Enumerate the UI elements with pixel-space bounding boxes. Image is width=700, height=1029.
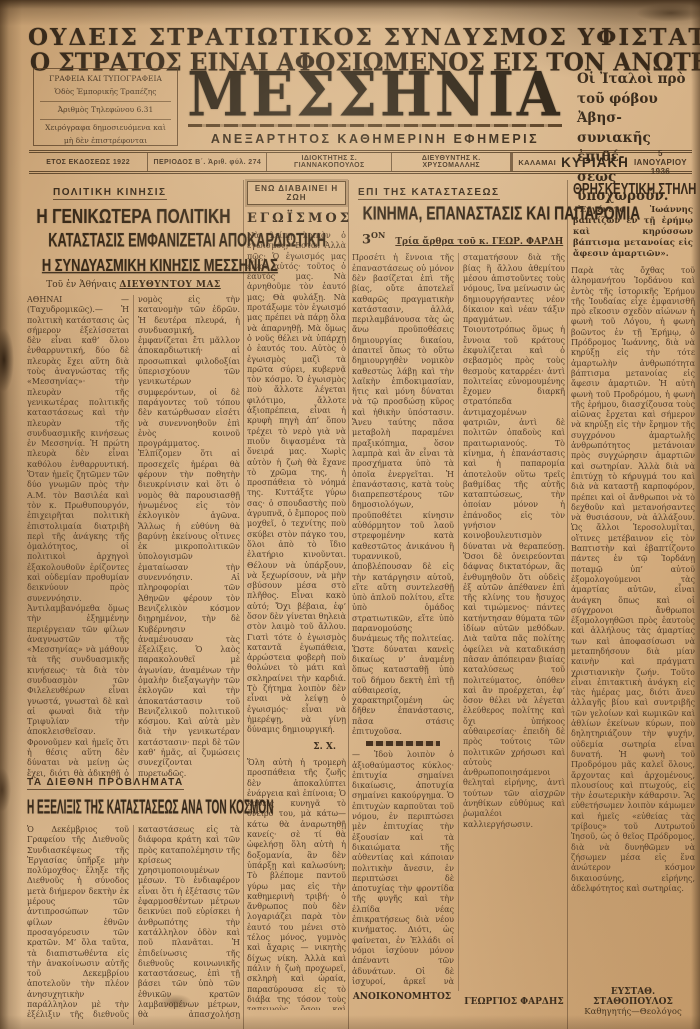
office-box-phone: Ἀριθμὸς Τηλεφώνου 6.31	[34, 104, 177, 117]
signature-georgios-fardis: ΓΕΩΡΓΙΟΣ ΦΑΡΔΗΣ	[463, 997, 565, 1007]
dateline-day: ΚΥΡΙΑΚΗ	[561, 155, 629, 170]
article-kinima-kicker: ΕΠΙ ΤΗΣ ΚΑΤΑΣΤΑΣΕΩΣ	[358, 187, 500, 200]
egoismos-body: Νὰ λείπῃ λοιπὸν ὁ ἐγωισμός; Ἔστω. Ἀλλὰ π…	[247, 231, 346, 739]
ink-stain	[636, 4, 700, 22]
article-political-headline-line1: Η ΓΕΝΙΚΩΤΕΡΑ ΠΟΛΙΤΙΚΗ	[36, 205, 232, 229]
byline-strong: ΔΙΕΥΘΥΝΤΟΥ ΜΑΣ	[119, 280, 220, 290]
newspaper-title: ΜΕΣΣΗΝΙΑ	[182, 64, 568, 125]
masthead-rule	[188, 124, 562, 127]
religious-signature: ΕΥΣΤΑΘ. ΣΤΑΘΟΠΟΥΛΟΣ	[571, 987, 695, 1007]
masthead-info-bar: ΕΤΟΣ ΕΚΔΟΣΕΩΣ 1922 ΠΕΡΙΟΔΟΣ Β΄. Ἀριθ. φύ…	[29, 150, 692, 174]
article-political-headline-line2: ΚΑΤΑΣΤΑΣΙΣ ΕΜΦΑΝΙΖΕΤΑΙ ΑΠΟΚΑΡΔΙΩΤΙΚΗ	[48, 231, 218, 253]
part-number: 3	[362, 232, 371, 247]
dateline-date: 5 ΙΑΝΟΥΑΡΙΟΥ 1936	[634, 149, 687, 176]
kinima-body-part1: Προσέτι ἡ ἔννοια τῆς ἐπαναστάσεως οὐ μόν…	[352, 253, 454, 736]
article-kinima: ΕΠΙ ΤΗΣ ΚΑΤΑΣΤΑΣΕΩΣ ΚΙΝΗΜΑ, ΕΠΑΝΑΣΤΑΣΙΣ …	[352, 180, 565, 991]
column-rule	[243, 180, 244, 1029]
article-international-body: Ὁ Δεκέμβριος τοῦ Γραφείου τῆς Διεθνοῦς Σ…	[27, 825, 240, 1025]
religious-signature-role: Καθηγητής—Θεολόγος	[571, 1007, 695, 1017]
office-box-divider	[40, 119, 171, 120]
egoismos-signature: Σ. Χ.	[247, 742, 336, 752]
article-political: ΠΟΛΙΤΙΚΗ ΚΙΝΗΣΙΣ Η ΓΕΝΙΚΩΤΕΡΑ ΠΟΛΙΤΙΚΗ Κ…	[27, 180, 240, 785]
dateline-place: ΚΑΛΑΜΑΙ	[518, 158, 556, 167]
newspaper-subtitle: ΑΝΕΞΑΡΤΗΤΟΣ ΚΑΘΗΜΕΡΙΝΗ ΕΦΗΜΕΡΙΣ	[182, 132, 568, 146]
ink-stain	[0, 328, 14, 392]
religious-column-header: ΘΡΗΣΚΕΥΤΙΚΗ ΣΤΗΛΗ	[573, 180, 677, 197]
signature-anoikonomitos: ΑΝΟΙΚΟΝΟΜΗΤΟΣ	[352, 992, 452, 1002]
article-kinima-headline: ΚΙΝΗΜΑ, ΕΠΑΝΑΣΤΑΣΙΣ ΚΑΙ ΠΑΠΑΡΟΜΙΑ	[363, 204, 555, 226]
section-divider	[366, 741, 440, 746]
info-dateline: ΚΑΛΑΜΑΙ ΚΥΡΙΑΚΗ 5 ΙΑΝΟΥΑΡΙΟΥ 1936	[511, 153, 692, 171]
info-period-issue-number: ΠΕΡΙΟΔΟΣ Β΄. Ἀριθ. φύλ. 274	[148, 153, 267, 171]
column-religious: ΘΡΗΣΚΕΥΤΙΚΗ ΣΤΗΛΗ «Ἐγγένετο Ἰωάννης βαπτ…	[571, 180, 695, 1017]
article-kinima-body: Προσέτι ἡ ἔννοια τῆς ἐπαναστάσεως οὐ μόν…	[352, 253, 565, 991]
column-egoismos: ΕΝΩ ΔΙΑΒΑΙΝΕΙ Η ΖΩΗ ΕΓΩΪΣΜΟΣ Νὰ λείπῃ λο…	[247, 181, 346, 1010]
article-part-label: 3ΟΝ	[362, 230, 385, 247]
egoismos-section-box: ΕΝΩ ΔΙΑΒΑΙΝΕΙ Η ΖΩΗ	[247, 181, 346, 205]
office-info-box: ΓΡΑΦΕΙΑ ΚΑΙ ΤΥΠΟΓΡΑΦΕΙΑ Ὁδὸς Ἐμπορικῆς Τ…	[33, 68, 178, 146]
religious-body: Παρὰ τὰς ὄχθας τοῦ ἀληομανήτου Ἰορδάνου …	[571, 266, 695, 982]
office-box-divider	[40, 101, 171, 102]
article-kinima-byline: Τρία ἄρθρα τοῦ κ. ΓΕΩΡ. ΦΑΡΔΗ	[395, 237, 563, 247]
info-director: ΔΙΕΥΘΥΝΤΗΣ Κ. ΧΡΥΣΟΜΑΛΛΗΣ	[392, 153, 511, 171]
egoismos-title: ΕΓΩΪΣΜΟΣ	[247, 211, 346, 226]
article-international: ΤΑ ΔΙΕΘΝΗ ΠΡΟΒΛΗΜΑΤΑ Η ΕΞΕΛΙΞΙΣ ΤΗΣ ΚΑΤΑ…	[27, 770, 240, 1025]
article-political-byline: Τοῦ ἐν Ἀθήναις ΔΙΕΥΘΥΝΤΟΥ ΜΑΣ	[27, 280, 240, 290]
newspaper-page: ΟΥΔΕΙΣ ΣΤΡΑΤΙΩΤΙΚΟΣ ΣΥΝΔΥΣΜΟΣ ΥΦΙΣΤΑΤΑΙ …	[0, 0, 700, 1029]
news-flash-line: τοῦ φόβου Ἀβησ-	[577, 90, 695, 129]
byline-plain: Τοῦ ἐν Ἀθήναις	[46, 280, 116, 290]
article-international-headline: Η ΕΞΕΛΙΞΙΣ ΤΗΣ ΚΑΤΑΣΤΑΣΕΩΣ ΑΝΑ ΤΟΝ ΚΟΣΜΟ…	[27, 796, 170, 819]
news-flash-line: Οἱ Ἰταλοὶ πρὸ	[577, 70, 695, 90]
office-box-title: ΓΡΑΦΕΙΑ ΚΑΙ ΤΥΠΟΓΡΑΦΕΙΑ	[34, 73, 177, 86]
religious-epigraph: «Ἐγγένετο Ἰωάννης βαπτίζων ἐν τῇ ἐρήμῳ κ…	[573, 205, 693, 260]
office-box-address: Ὁδὸς Ἐμπορικῆς Τραπέζης	[34, 86, 177, 99]
info-owner: ΙΔΙΟΚΤΗΤΗΣ Σ. ΓΙΑΝΝΑΚΟΠΟΥΛΟΣ	[267, 153, 392, 171]
office-box-note-line2: μὴ δὲν ἐπιστρέφονται	[34, 135, 177, 148]
column-rule	[567, 180, 568, 1029]
article-political-body: ΑΘΗΝΑΙ — (Ταχυδρομικῶς).— Ἡ πολιτικὴ κατ…	[27, 295, 240, 785]
ink-stain	[0, 768, 11, 812]
article-political-kicker: ΠΟΛΙΤΙΚΗ ΚΙΝΗΣΙΣ	[53, 187, 167, 200]
article-political-headline-line3: Η ΣΥΝΔΥΑΣΜΙΚΗ ΚΙΝΗΣΙΣ ΜΕΣΣΗΝΙΑΣ	[42, 256, 225, 276]
column-rule	[348, 180, 349, 1029]
article-international-kicker: ΤΑ ΔΙΕΘΝΗ ΠΡΟΒΛΗΜΑΤΑ	[27, 777, 184, 790]
info-year-of-issue: ΕΤΟΣ ΕΚΔΟΣΕΩΣ 1922	[29, 153, 148, 171]
office-box-note-line1: Χειρόγραφα δημοσιευόμενα καὶ	[34, 122, 177, 135]
part-suffix: ΟΝ	[371, 230, 385, 240]
